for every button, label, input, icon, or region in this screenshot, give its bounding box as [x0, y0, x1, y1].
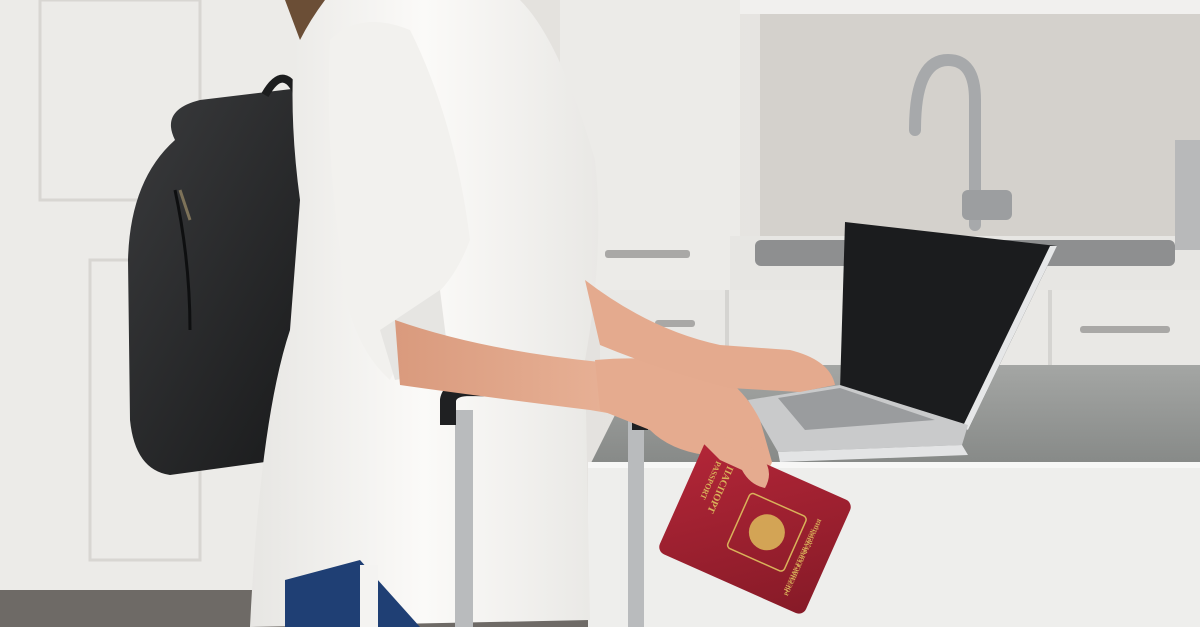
suitcase-handle-right	[628, 420, 644, 627]
suitcase-handle-left	[455, 410, 473, 627]
kitchen-photo: ПАСПОРТ PASSPORT РОССИЙСКАЯ ФЕДЕРАЦИЯ RU…	[0, 0, 1200, 627]
photo-scene: ПАСПОРТ PASSPORT РОССИЙСКАЯ ФЕДЕРАЦИЯ RU…	[0, 0, 1200, 627]
